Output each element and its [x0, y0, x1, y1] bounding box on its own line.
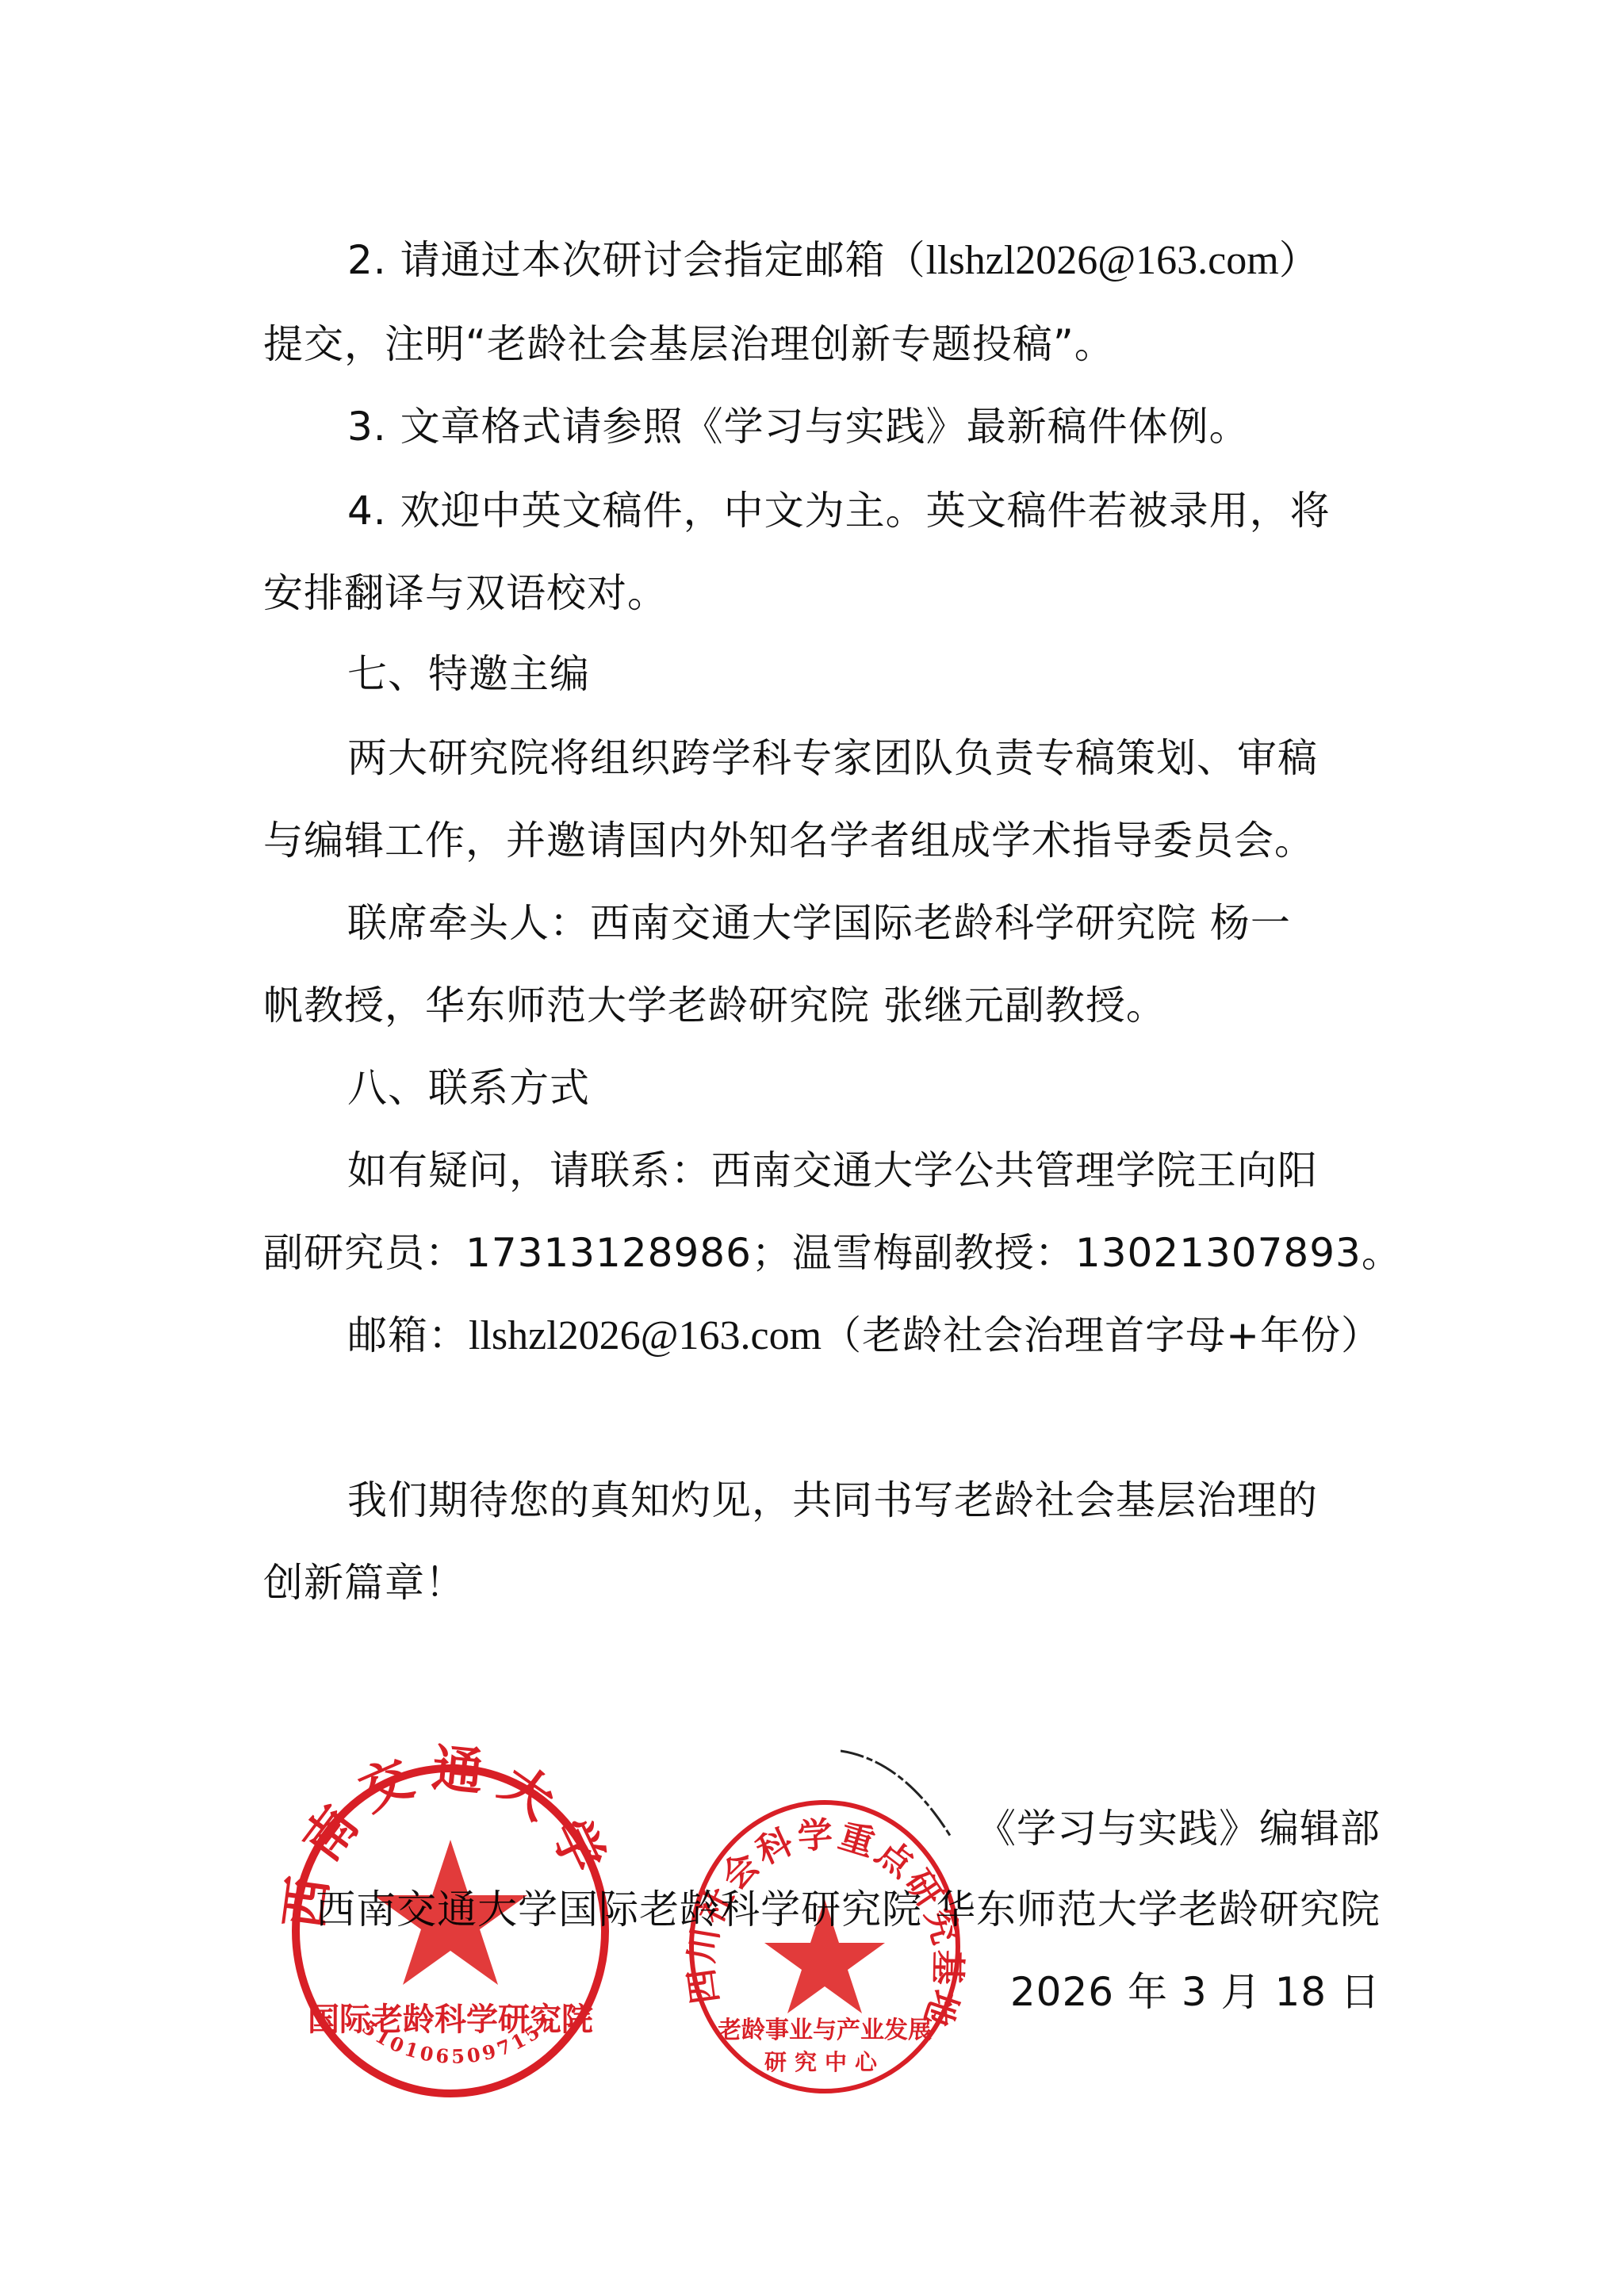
signature-date: 2026 年 3 月 18 日 [1010, 1968, 1381, 2016]
item-2-prefix: 2. 请通过本次研讨会指定邮箱（ [347, 237, 926, 283]
section-8-contact-line-2: 副研究员：17313128986；温雪梅副教授：13021307893。 [263, 1229, 1402, 1277]
section-7-leads-line-2: 帆教授，华东师范大学老龄研究院 张继元副教授。 [263, 982, 1166, 1029]
section-8-email-line: 邮箱：llshzl2026@163.com（老龄社会治理首字母+年份） [347, 1312, 1381, 1360]
star-icon [373, 1840, 527, 1985]
section-8-heading: 八、联系方式 [347, 1064, 590, 1112]
item-2-suffix: ） [1279, 237, 1319, 283]
document-page: 2. 请通过本次研讨会指定邮箱（llshzl2026@163.com） 提交，注… [0, 0, 1624, 2283]
section-7-leads-line-1: 联席牵头人：西南交通大学国际老龄科学研究院 杨一 [347, 899, 1291, 947]
closing-line-2: 创新篇章！ [263, 1559, 465, 1607]
signature-stroke [841, 1745, 959, 1840]
item-2-line-2: 提交，注明“老龄社会基层治理创新专题投稿”。 [263, 320, 1115, 368]
swjtu-seal-graphic: 西南交通大学 国际老龄科学研究院 5101065097152 [284, 1752, 617, 2101]
submission-email-link[interactable]: llshzl2026@163.com [926, 238, 1279, 283]
signature-editorial-dept: 《学习与实践》编辑部 [976, 1805, 1381, 1852]
section-7-heading: 七、特邀主编 [347, 650, 590, 698]
item-2-line-1: 2. 请通过本次研讨会指定邮箱（llshzl2026@163.com） [347, 236, 1319, 285]
swjtu-seal: 西南交通大学 国际老龄科学研究院 5101065097152 [284, 1752, 617, 2101]
item-4-line-1: 4. 欢迎中英文稿件，中文为主。英文稿件若被录用，将 [347, 487, 1331, 534]
sichuan-seal-bottom-text-2: 研究中心 [764, 2049, 885, 2075]
closing-line-1: 我们期待您的真知灼见，共同书写老龄社会基层治理的 [347, 1477, 1318, 1524]
sichuan-seal-bottom-text-1: 老龄事业与产业发展 [718, 2017, 932, 2044]
contact-email-link[interactable]: llshzl2026@163.com [469, 1313, 822, 1358]
email-note: （老龄社会治理首字母+年份） [822, 1312, 1381, 1358]
item-3-line: 3. 文章格式请参照《学习与实践》最新稿件体例。 [347, 403, 1250, 450]
item-4-line-2: 安排翻译与双语校对。 [263, 569, 668, 617]
section-7-body-line-1: 两大研究院将组织跨学科专家团队负责专稿策划、审稿 [347, 734, 1318, 782]
section-8-contact-line-1: 如有疑问，请联系：西南交通大学公共管理学院王向阳 [347, 1147, 1318, 1194]
section-7-body-line-2: 与编辑工作，并邀请国内外知名学者组成学术指导委员会。 [263, 817, 1315, 864]
star-icon [764, 1899, 885, 2013]
email-label: 邮箱： [347, 1312, 469, 1358]
